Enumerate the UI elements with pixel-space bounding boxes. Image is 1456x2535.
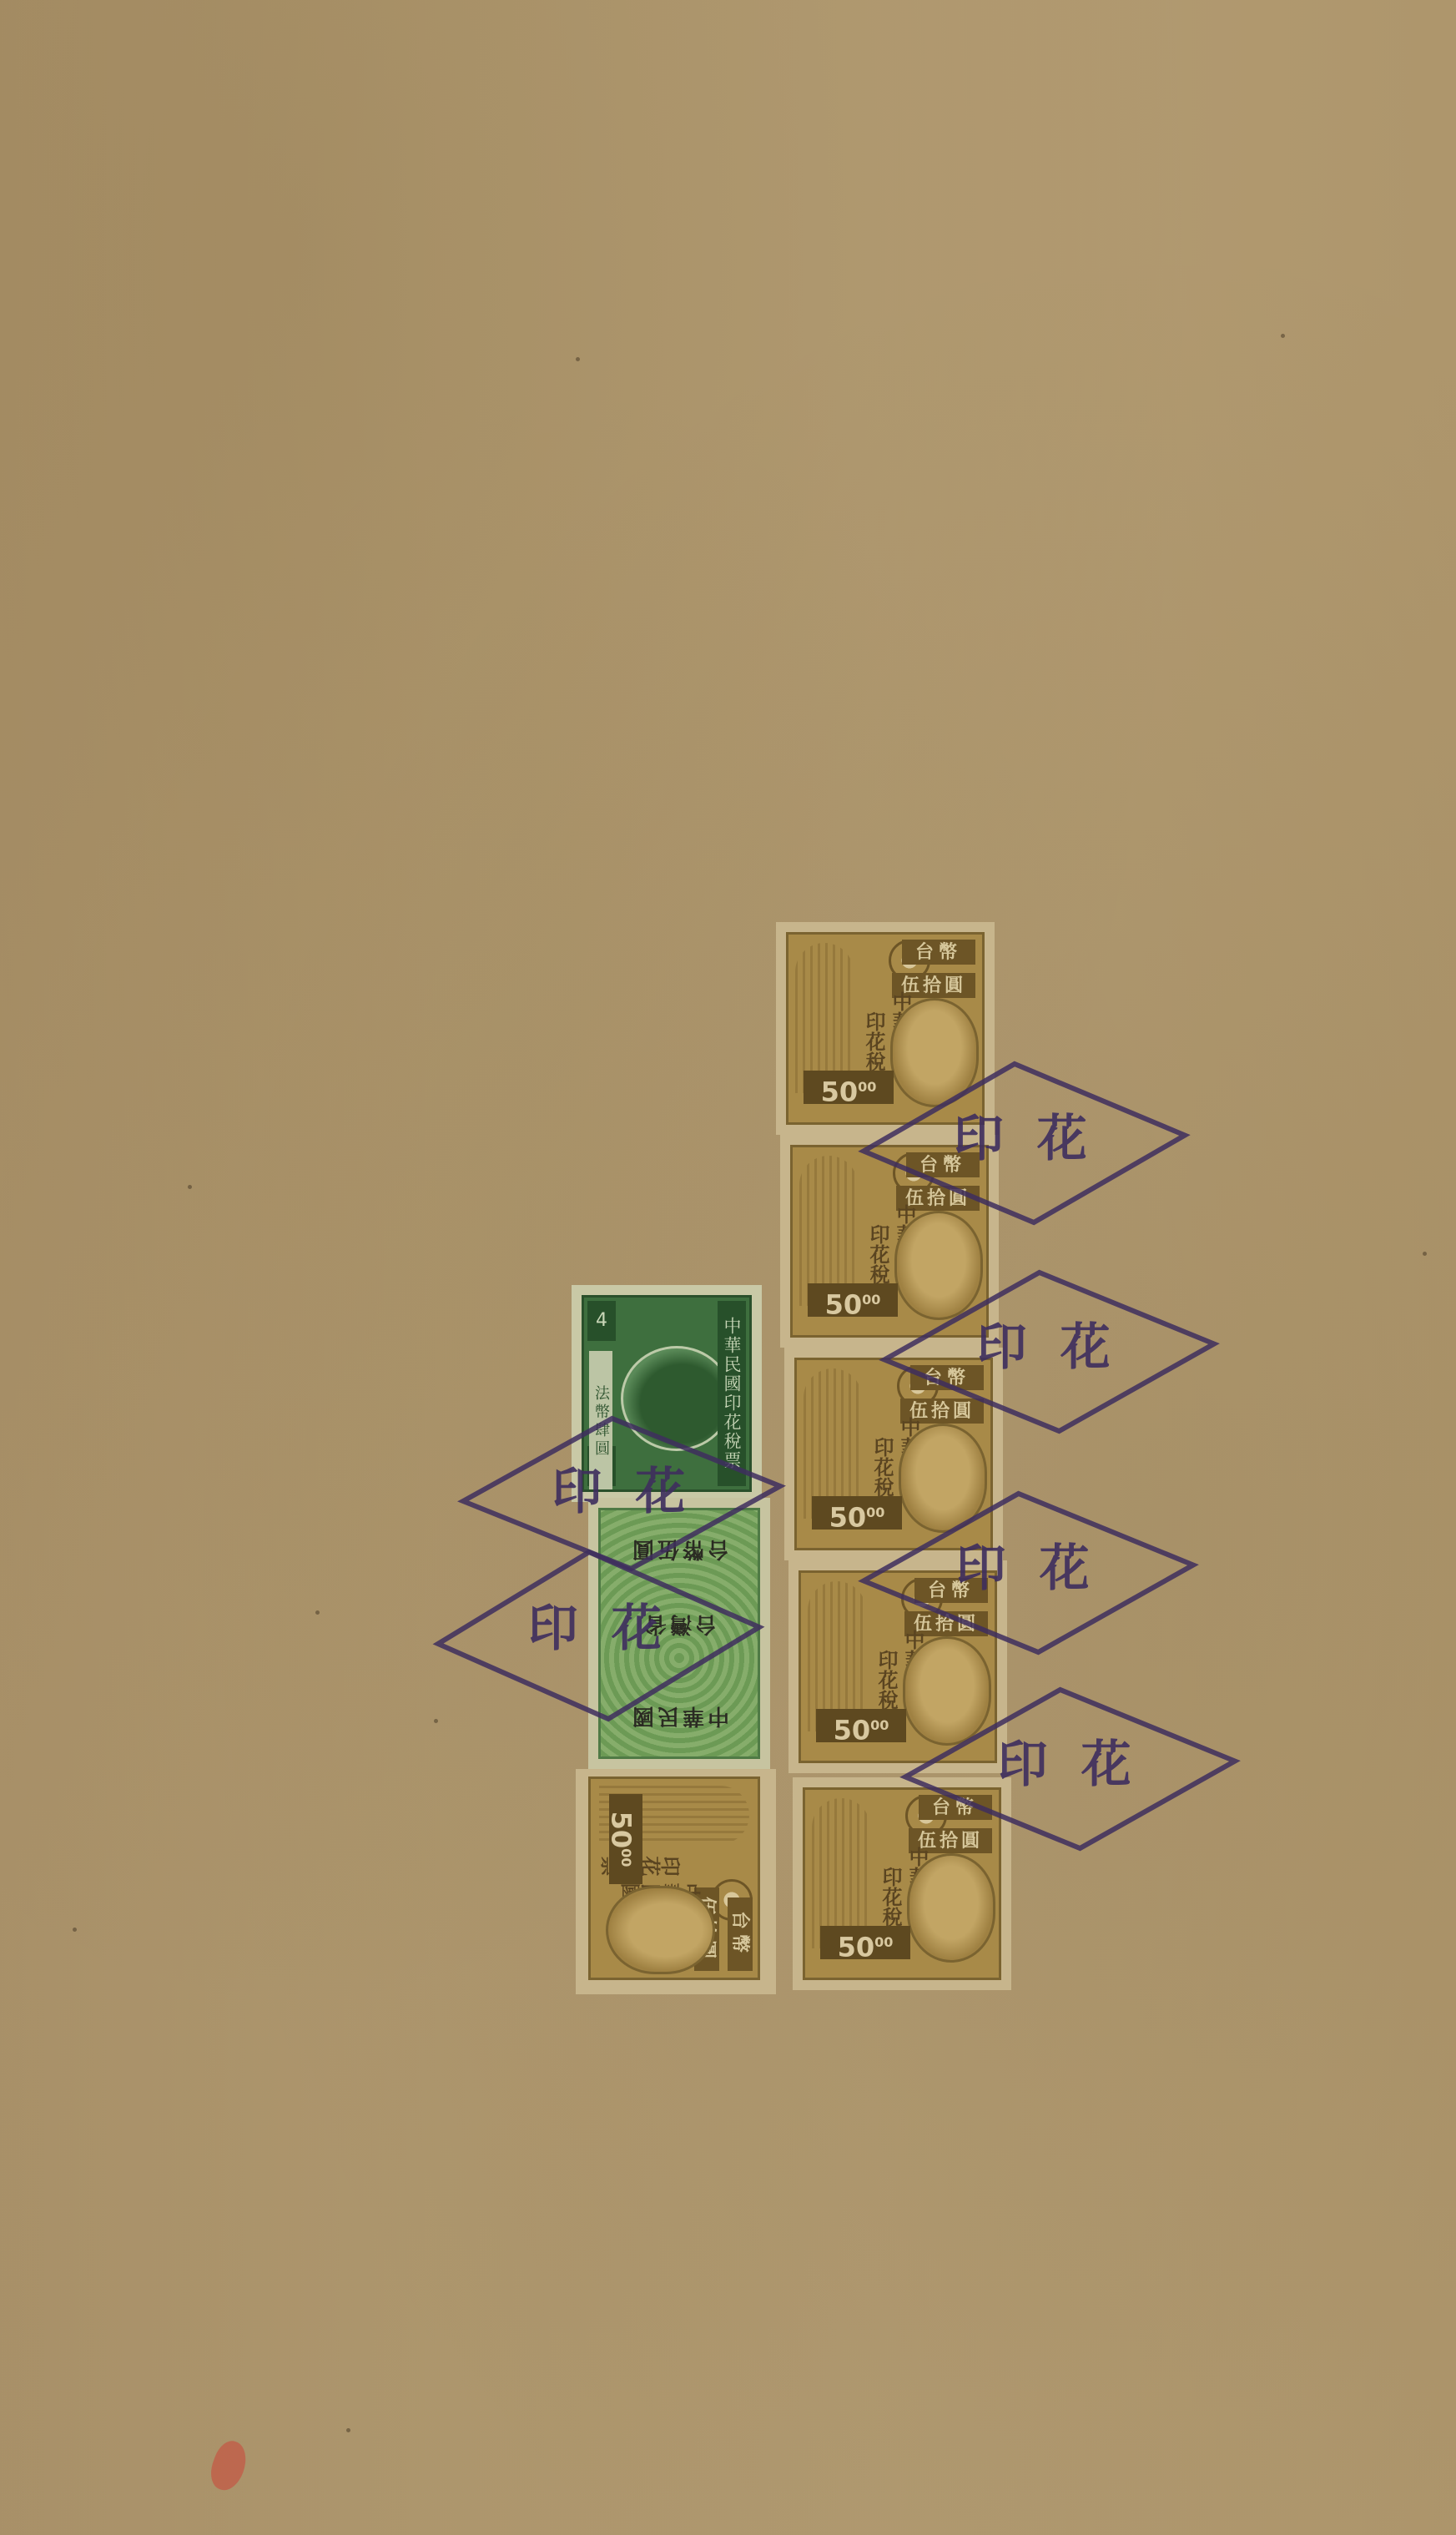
paper-speck bbox=[315, 1610, 320, 1615]
paper-speck bbox=[434, 1719, 438, 1723]
portrait bbox=[907, 1853, 995, 1963]
paper-speck bbox=[188, 1185, 192, 1189]
revenue-stamp-brown-rotated: 台幣 伍拾圓 中華民國 印花稅票 5000 bbox=[576, 1769, 776, 1994]
paper-speck bbox=[73, 1928, 77, 1932]
paper-speck bbox=[346, 2428, 350, 2432]
paper-speck bbox=[1423, 1252, 1427, 1256]
stamp-value-corner: 4 bbox=[587, 1301, 616, 1341]
cancellation-text: 印花 bbox=[977, 1308, 1144, 1379]
red-ink-stain bbox=[205, 2437, 252, 2494]
cancellation-stamp: 印花 bbox=[905, 1690, 1235, 1848]
cancellation-text: 印花 bbox=[998, 1725, 1165, 1797]
cancellation-text: 印花 bbox=[552, 1452, 718, 1524]
currency-label: 台幣 bbox=[728, 1897, 753, 1971]
cancellation-text: 印花 bbox=[956, 1529, 1123, 1600]
cancellation-stamp: 印花 bbox=[463, 1419, 780, 1569]
cancellation-stamp: 印花 bbox=[864, 1494, 1193, 1652]
cancellation-stamp: 印花 bbox=[438, 1552, 759, 1719]
cancellation-stamp: 印花 bbox=[884, 1273, 1214, 1431]
paper-speck bbox=[1281, 334, 1285, 338]
cancellation-stamp: 印花 bbox=[864, 1064, 1185, 1222]
cancellation-text: 印花 bbox=[954, 1099, 1121, 1171]
portrait bbox=[606, 1886, 715, 1974]
cancellation-text: 印花 bbox=[528, 1589, 695, 1661]
currency-label: 台幣 bbox=[902, 940, 975, 965]
value-label: 5000 bbox=[816, 1709, 906, 1742]
value-label: 5000 bbox=[609, 1794, 642, 1884]
value-label: 5000 bbox=[820, 1926, 910, 1959]
paper-speck bbox=[576, 357, 580, 361]
